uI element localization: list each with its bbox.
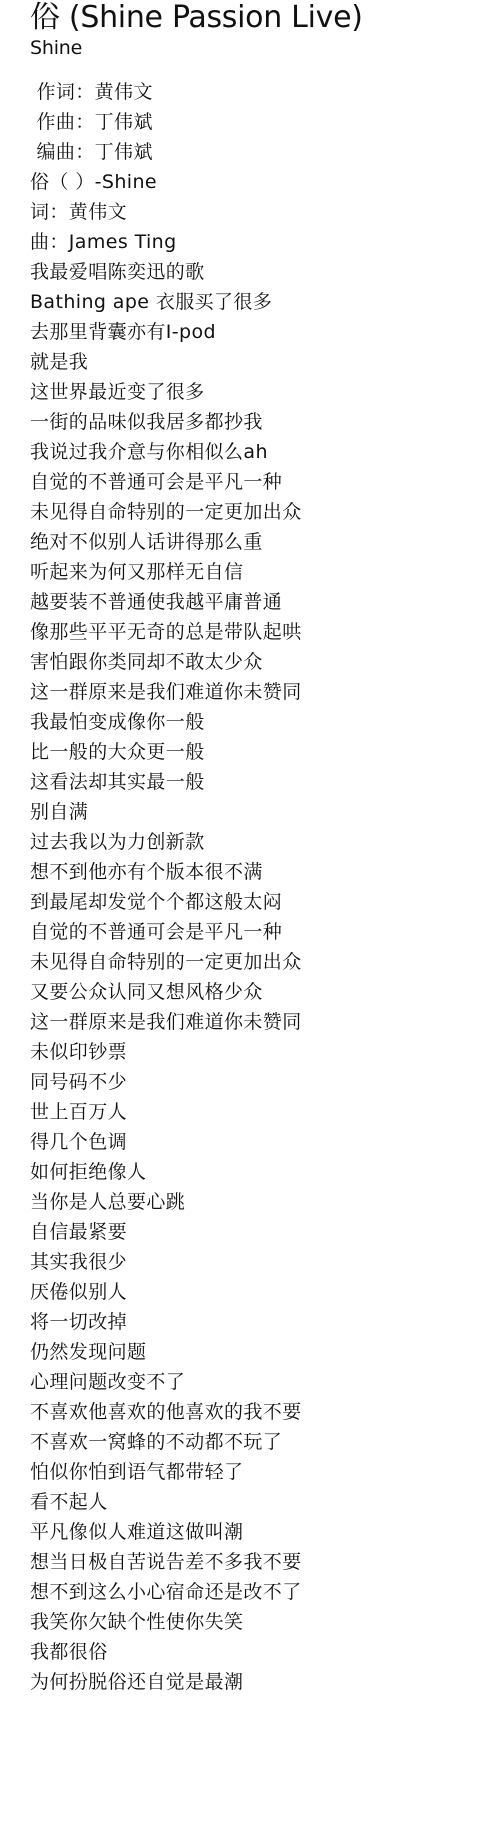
lyric-line: 我说过我介意与你相似么ah	[30, 437, 302, 467]
lyric-line: 仍然发现问题	[30, 1337, 302, 1367]
lyric-line: 想当日极自苦说告差不多我不要	[30, 1547, 302, 1577]
lyrics-list: 作词：黄伟文 作曲：丁伟斌 编曲：丁伟斌 俗（ ）-Shine 词：黄伟文 曲：…	[30, 77, 302, 1697]
lyric-line: 得几个色调	[30, 1127, 302, 1157]
lyric-line: 一街的品味似我居多都抄我	[30, 407, 302, 437]
lyric-line: 想不到这么小心宿命还是改不了	[30, 1577, 302, 1607]
lyric-line: 去那里背囊亦有I-pod	[30, 317, 302, 347]
lyric-line: 将一切改掉	[30, 1307, 302, 1337]
lyric-line: 词：黄伟文	[30, 197, 302, 227]
lyric-line: 就是我	[30, 347, 302, 377]
lyric-line: 这世界最近变了很多	[30, 377, 302, 407]
lyric-line: 比一般的大众更一般	[30, 737, 302, 767]
lyric-line: 越要装不普通使我越平庸普通	[30, 587, 302, 617]
lyric-line: 当你是人总要心跳	[30, 1187, 302, 1217]
lyric-line: 自信最紧要	[30, 1217, 302, 1247]
lyric-line: 编曲：丁伟斌	[30, 137, 302, 167]
lyric-line: 未见得自命特别的一定更加出众	[30, 947, 302, 977]
lyric-line: 我最怕变成像你一般	[30, 707, 302, 737]
lyric-line: 同号码不少	[30, 1067, 302, 1097]
lyric-line: 自觉的不普通可会是平凡一种	[30, 467, 302, 497]
lyric-line: 平凡像似人难道这做叫潮	[30, 1517, 302, 1547]
lyric-line: 作曲：丁伟斌	[30, 107, 302, 137]
lyric-line: 别自满	[30, 797, 302, 827]
lyric-line: 害怕跟你类同却不敢太少众	[30, 647, 302, 677]
lyric-line: 到最尾却发觉个个都这般太闷	[30, 887, 302, 917]
lyric-line: 这看法却其实最一般	[30, 767, 302, 797]
lyric-line: 如何拒绝像人	[30, 1157, 302, 1187]
lyric-line: 未似印钞票	[30, 1037, 302, 1067]
lyric-line: Bathing ape 衣服买了很多	[30, 287, 302, 317]
lyric-line: 我都很俗	[30, 1637, 302, 1667]
lyric-line: 听起来为何又那样无自信	[30, 557, 302, 587]
lyric-line: 厌倦似别人	[30, 1277, 302, 1307]
lyric-line: 像那些平平无奇的总是带队起哄	[30, 617, 302, 647]
lyric-line: 过去我以为力创新款	[30, 827, 302, 857]
lyric-line: 想不到他亦有个版本很不满	[30, 857, 302, 887]
lyric-line: 看不起人	[30, 1487, 302, 1517]
lyric-line: 这一群原来是我们难道你未赞同	[30, 677, 302, 707]
lyric-line: 这一群原来是我们难道你未赞同	[30, 1007, 302, 1037]
lyric-line: 世上百万人	[30, 1097, 302, 1127]
lyric-line: 曲：James Ting	[30, 227, 302, 257]
lyric-line: 为何扮脱俗还自觉是最潮	[30, 1667, 302, 1697]
song-title: 俗 (Shine Passion Live)	[30, 0, 490, 36]
artist-name: Shine	[30, 36, 490, 60]
lyric-line: 不喜欢一窝蜂的不动都不玩了	[30, 1427, 302, 1457]
lyric-line: 怕似你怕到语气都带轻了	[30, 1457, 302, 1487]
lyric-line: 我最爱唱陈奕迅的歌	[30, 257, 302, 287]
lyric-line: 又要公众认同又想风格少众	[30, 977, 302, 1007]
lyric-line: 绝对不似别人话讲得那么重	[30, 527, 302, 557]
lyric-line: 未见得自命特别的一定更加出众	[30, 497, 302, 527]
lyric-line: 我笑你欠缺个性使你失笑	[30, 1607, 302, 1637]
lyric-line: 自觉的不普通可会是平凡一种	[30, 917, 302, 947]
lyric-line: 俗（ ）-Shine	[30, 167, 302, 197]
lyrics-page: 俗 (Shine Passion Live) Shine 作词：黄伟文 作曲：丁…	[30, 0, 490, 60]
lyric-line: 其实我很少	[30, 1247, 302, 1277]
lyric-line: 作词：黄伟文	[30, 77, 302, 107]
lyric-line: 不喜欢他喜欢的他喜欢的我不要	[30, 1397, 302, 1427]
lyric-line: 心理问题改变不了	[30, 1367, 302, 1397]
